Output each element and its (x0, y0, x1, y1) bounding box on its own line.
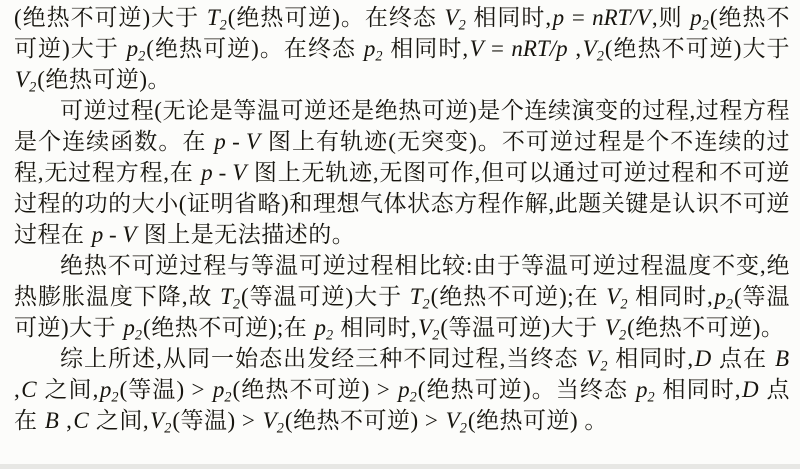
math-variable: T2 (206, 5, 228, 30)
math-variable: p2 (122, 315, 143, 340)
math-variable: V2 (417, 315, 440, 340)
math-variable: D (694, 346, 713, 371)
paragraph: 可逆过程(无论是等温可逆还是绝热可逆)是个连续演变的过程,过程方程是个连续函数。… (14, 95, 790, 250)
math-variable: V = nRT/p (469, 36, 569, 61)
math-variable: p2 (126, 36, 147, 61)
scan-edge-artifact (0, 464, 800, 469)
math-variable: B (44, 408, 60, 433)
math-variable: V2 (262, 408, 285, 433)
math-variable: p2 (99, 377, 120, 402)
math-variable: C (72, 408, 89, 433)
math-variable: C (20, 377, 37, 402)
math-variable: p - V (91, 222, 138, 247)
paragraph: 绝热不可逆过程与等温可逆过程相比较:由于等温可逆过程温度不变,绝热膨胀温度下降,… (14, 250, 790, 343)
paragraph: 综上所述,从同一始态出发经三种不同过程,当终态 V2 相同时,D 点在 B ,C… (14, 343, 790, 436)
math-variable: V2 (445, 408, 468, 433)
math-variable: p - V (213, 129, 261, 154)
math-variable: T2 (219, 284, 241, 309)
math-variable: p2 (713, 284, 734, 309)
math-variable: V2 (605, 284, 628, 309)
math-variable: V2 (444, 5, 467, 30)
math-variable: p2 (689, 5, 710, 30)
math-variable: p2 (397, 377, 418, 402)
math-variable: D (741, 377, 760, 402)
math-variable: V2 (149, 408, 172, 433)
math-variable: p2 (635, 377, 656, 402)
math-variable: T2 (409, 284, 431, 309)
math-variable: V2 (604, 315, 627, 340)
math-variable: p2 (212, 377, 233, 402)
text-column: (绝热不可逆)大于 T2(绝热可逆)。在终态 V2 相同时,p = nRT/V,… (14, 2, 790, 436)
math-variable: V2 (585, 346, 608, 371)
scanned-page: (绝热不可逆)大于 T2(绝热可逆)。在终态 V2 相同时,p = nRT/V,… (0, 0, 800, 469)
math-variable: p - V (200, 160, 247, 185)
math-variable: V2 (582, 36, 605, 61)
math-variable: p2 (363, 36, 384, 61)
math-variable: B (774, 346, 790, 371)
paragraph: (绝热不可逆)大于 T2(绝热可逆)。在终态 V2 相同时,p = nRT/V,… (14, 2, 790, 95)
math-variable: V2 (14, 67, 37, 92)
math-variable: p = nRT/V (552, 5, 652, 30)
math-variable: p2 (314, 315, 335, 340)
